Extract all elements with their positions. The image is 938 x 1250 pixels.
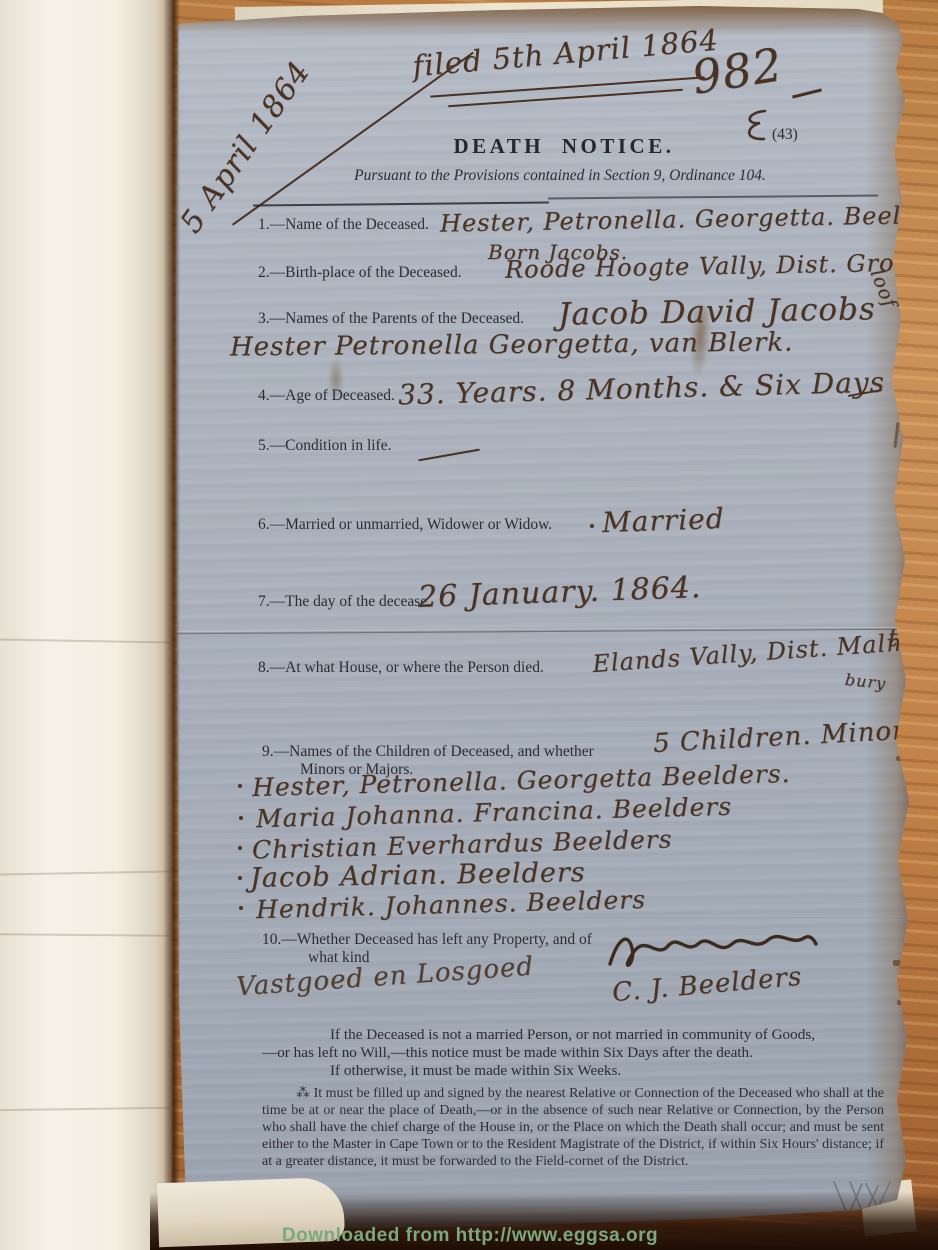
- item6-value: Married: [601, 502, 725, 539]
- edge-mark: [896, 756, 905, 761]
- item3-label: 3.—Names of the Parents of the Deceased.: [258, 310, 524, 327]
- closing-line2: —or has left no Will,—this notice must b…: [262, 1044, 753, 1062]
- book-spine-shadow: [163, 0, 180, 1250]
- pen-dot: [238, 784, 242, 788]
- pen-dot: [239, 906, 243, 910]
- item10-label-line1: 10.—Whether Deceased has left any Proper…: [262, 931, 592, 948]
- item1-label: 1.—Name of the Deceased.: [258, 216, 429, 233]
- footnote-paragraph: ⁂ It must be filled up and signed by the…: [262, 1085, 884, 1170]
- item2-label: 2.—Birth-place of the Deceased.: [258, 264, 462, 281]
- ink-flourish: [733, 106, 775, 148]
- page-number: (43): [772, 126, 798, 143]
- item7-label: 7.—The day of the decease.: [258, 593, 431, 610]
- book-pages-left: [0, 0, 172, 1250]
- closing-line1: If the Deceased is not a married Person,…: [330, 1026, 815, 1044]
- pen-dot: [590, 524, 594, 528]
- page-crease: [0, 639, 170, 644]
- page-crease: [0, 1107, 170, 1111]
- item9-label-line1: 9.—Names of the Children of Deceased, an…: [262, 743, 594, 760]
- item6-label: 6.—Married or unmarried, Widower or Wido…: [258, 516, 552, 533]
- pen-dot: [238, 876, 242, 880]
- item3-value-father: Jacob David Jacobs: [558, 291, 876, 333]
- pen-dot: [239, 816, 243, 820]
- ordinance-subtitle: Pursuant to the Provisions contained in …: [280, 167, 840, 185]
- page-crease: [0, 871, 170, 876]
- edge-mark: [893, 960, 901, 966]
- watermark-text: Downloaded from http://www.eggsa.org: [260, 1225, 680, 1247]
- item4-label: 4.—Age of Deceased.: [258, 387, 395, 404]
- item5-label: 5.—Condition in life.: [258, 437, 391, 454]
- edge-pen-letter: t: [888, 624, 899, 652]
- death-notice-title: DEATH NOTICE.: [434, 134, 694, 159]
- photographed-document: 5 April 1864 filed 5th April 1864 982 (4…: [0, 0, 938, 1250]
- edge-mark: [901, 840, 912, 845]
- edge-mark: [897, 1000, 904, 1005]
- item8-label: 8.—At what House, or where the Person di…: [258, 659, 544, 676]
- pen-dot: [238, 846, 242, 850]
- closing-line3: If otherwise, it must be made within Six…: [330, 1062, 621, 1080]
- torn-edge-stain: [866, 8, 910, 1218]
- page-crease: [0, 933, 170, 936]
